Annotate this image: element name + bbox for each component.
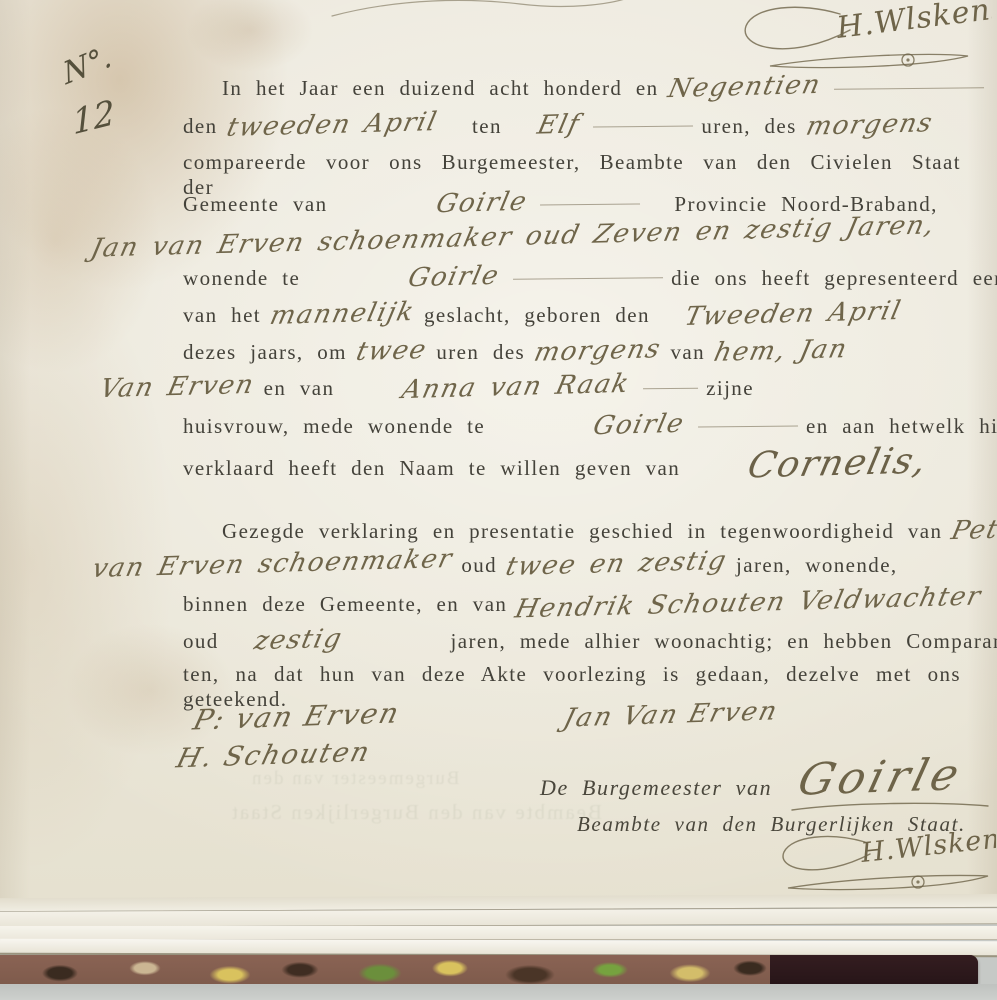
handwritten-text: Anna van Raak: [399, 369, 633, 405]
handwritten-text: mannelijk: [267, 297, 418, 331]
handwritten-text: Peter: [949, 514, 997, 546]
handwritten-text: morgens: [803, 108, 936, 141]
handwritten-text: Goirle: [406, 261, 503, 293]
printed-text: van: [670, 340, 705, 364]
document-line: wonende te Goirle die ons heeft gepresen…: [183, 262, 997, 292]
handwritten-text: Cornelis,: [744, 441, 932, 487]
handwritten-text: Goirle: [433, 187, 530, 219]
handwritten-text: hem, Jan: [711, 334, 850, 368]
registrar-signature-bottom: H.Wlskens: [770, 832, 996, 902]
printed-text: huisvrouw, mede wonende te: [183, 414, 485, 438]
handwritten-text: tweeden April: [224, 107, 441, 143]
printed-text: geslacht, geboren den: [424, 303, 650, 327]
handwritten-text: Negentien: [665, 70, 824, 104]
handwritten-text: Tweeden April: [682, 296, 905, 332]
ink-dash: [593, 121, 693, 127]
printed-text: Gezegde verklaring en presentatie geschi…: [222, 519, 942, 543]
ink-dash: [513, 273, 663, 280]
printed-text: uren des: [436, 340, 525, 364]
printed-text: en aan hetwelk hij: [806, 414, 997, 438]
ink-dash: [698, 421, 798, 427]
printed-text: oud: [183, 629, 219, 653]
ink-dash: [643, 384, 698, 390]
scanned-register-page: N°. 12 H.Wlskens In het Jaar een duizend…: [0, 0, 997, 1000]
printed-text: In het Jaar een duizend acht honderd en: [222, 76, 659, 100]
handwritten-text: van Erven schoenmaker: [90, 544, 456, 584]
document-line: dezes jaars, om twee uren des morgens va…: [183, 336, 853, 366]
page-edge-strip: [0, 926, 997, 940]
document-line: In het Jaar een duizend acht honderd en …: [222, 72, 988, 102]
bleedthrough-text: Burgemeester van den: [250, 768, 460, 790]
printed-text: den: [183, 114, 218, 138]
document-line: van het mannelijk geslacht, geboren den …: [183, 299, 906, 329]
printed-text: jaren, wonende,: [736, 553, 898, 577]
handwritten-text: morgens: [531, 334, 664, 367]
printed-text: wonende te: [183, 266, 300, 290]
printed-text: verklaard heeft den Naam te willen geven…: [183, 456, 680, 480]
handwritten-text: Goirle: [591, 409, 688, 441]
printed-text: van het: [183, 303, 261, 327]
handwritten-text: Van Erven: [97, 370, 257, 404]
background-table-strip: [0, 984, 997, 1000]
handwritten-text: Elf: [534, 109, 582, 140]
burgemeester-caption: De Burgemeester van: [540, 775, 772, 800]
handwritten-text: twee: [353, 335, 430, 367]
printed-text: dezes jaars, om: [183, 340, 347, 364]
printed-text: Gemeente van: [183, 192, 328, 216]
document-line: den tweeden April ten Elf uren, des morg…: [183, 110, 938, 140]
previous-entry-tail-stroke: [330, 0, 630, 18]
document-line: binnen deze Gemeente, en van Hendrik Sch…: [183, 588, 986, 618]
registrar-signature-top-text: H.Wlskens: [834, 0, 992, 46]
printed-text: ten: [472, 114, 502, 138]
document-line: Gezegde verklaring en presentatie geschi…: [222, 515, 997, 545]
printed-text: en van: [264, 376, 335, 400]
burgemeester-place-signature: Goirle: [793, 749, 968, 806]
document-line: oud zestig jaren, mede alhier woonachtig…: [183, 625, 997, 655]
ink-dash: [834, 83, 984, 90]
handwritten-text: twee en zestig: [503, 546, 730, 582]
printed-text: uren, des: [701, 114, 796, 138]
document-line: Van Erven en van Anna van Raak zijne: [95, 372, 754, 402]
printed-text: oud: [461, 553, 497, 577]
document-line: huisvrouw, mede wonende te Goirle en aan…: [183, 410, 997, 440]
document-line: van Erven schoenmaker oud twee en zestig…: [88, 549, 898, 579]
page-edge-strip: [0, 908, 997, 927]
ink-dash: [540, 199, 640, 205]
handwritten-text: zestig: [251, 624, 345, 656]
registrar-signature-bottom-text: H.Wlskens: [858, 832, 996, 869]
printed-text: die ons heeft gepresenteerd een Kind: [671, 266, 997, 290]
document-line: verklaard heeft den Naam te willen geven…: [183, 443, 933, 484]
document-line: Jan van Erven schoenmaker oud Zeven en z…: [88, 222, 938, 252]
printed-text: binnen deze Gemeente, en van: [183, 592, 507, 616]
printed-text: jaren, mede alhier woonachtig; en hebben…: [451, 629, 997, 653]
printed-text: zijne: [706, 376, 754, 400]
bleedthrough-text: Beambte van den Burgerlijken Staat: [230, 800, 602, 825]
